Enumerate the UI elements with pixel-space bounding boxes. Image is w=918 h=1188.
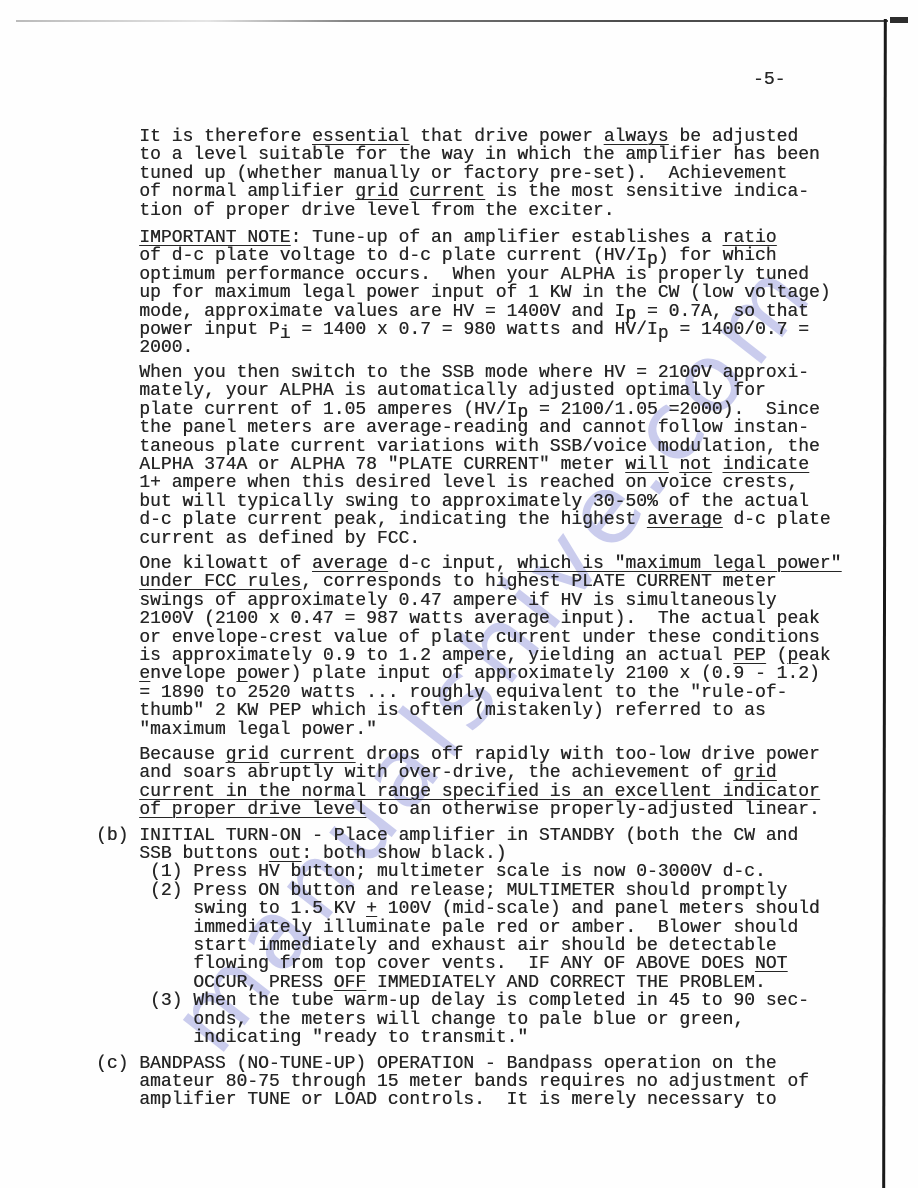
text-line: but will typically swing to approximatel… [96, 493, 841, 511]
text-line: power input Pi = 1400 x 0.7 = 980 watts … [96, 321, 841, 339]
text-line: amateur 80-75 through 15 meter bands req… [96, 1073, 841, 1091]
text-line: current as defined by FCC. [96, 530, 841, 548]
text-line: indicating "ready to transmit." [96, 1029, 841, 1047]
text-line: is approximately 0.9 to 1.2 ampere, yiel… [96, 647, 841, 665]
paragraph: When you then switch to the SSB mode whe… [96, 364, 841, 548]
text-line: = 1890 to 2520 watts ... roughly equival… [96, 684, 841, 702]
list-item: (2) Press ON button and release; MULTIME… [96, 882, 841, 992]
text-line: immediately illuminate pale red or amber… [96, 919, 841, 937]
text-line: to a level suitable for the way in which… [96, 146, 841, 164]
text-line: taneous plate current variations with SS… [96, 438, 841, 456]
text-line: Because grid current drops off rapidly w… [96, 746, 841, 764]
text-line: envelope power) plate input of approxima… [96, 665, 841, 683]
labeled-paragraph: (b) INITIAL TURN-ON - Place amplifier in… [96, 827, 841, 864]
text-line: (2) Press ON button and release; MULTIME… [96, 882, 841, 900]
text-line: OCCUR, PRESS OFF IMMEDIATELY AND CORRECT… [96, 974, 841, 992]
text-line: amplifier TUNE or LOAD controls. It is m… [96, 1091, 841, 1109]
text-line: flowing from top cover vents. IF ANY OF … [96, 955, 841, 973]
text-line: (c) BANDPASS (NO-TUNE-UP) OPERATION - Ba… [96, 1055, 841, 1073]
scan-artifact-corner-mark [890, 17, 908, 23]
text-line: plate current of 1.05 amperes (HV/Ip = 2… [96, 401, 841, 419]
text-line: "maximum legal power." [96, 721, 841, 739]
text-line: ALPHA 374A or ALPHA 78 "PLATE CURRENT" m… [96, 456, 841, 474]
paragraph: Because grid current drops off rapidly w… [96, 746, 841, 820]
text-line: of normal amplifier grid current is the … [96, 183, 841, 201]
page-number: -5- [753, 70, 785, 90]
list-item: (3) When the tube warm-up delay is compl… [96, 992, 841, 1047]
text-line: (1) Press HV button; multimeter scale is… [96, 863, 841, 881]
text-line: IMPORTANT NOTE: Tune-up of an amplifier … [96, 229, 841, 247]
text-line: (3) When the tube warm-up delay is compl… [96, 992, 841, 1010]
text-line: under FCC rules, corresponds to highest … [96, 573, 841, 591]
text-line: current in the normal range specified is… [96, 783, 841, 801]
text-line: mately, your ALPHA is automatically adju… [96, 382, 841, 400]
manual-page: manualshive.com -5- It is therefore esse… [0, 0, 918, 1188]
text-line: or envelope-crest value of plate current… [96, 629, 841, 647]
text-line: of d-c plate voltage to d-c plate curren… [96, 247, 841, 265]
paragraph: It is therefore essential that drive pow… [96, 128, 841, 220]
text-line: mode, approximate values are HV = 1400V … [96, 303, 841, 321]
scan-artifact-top-line [16, 20, 888, 22]
text-line: the panel meters are average-reading and… [96, 419, 841, 437]
text-line: swing to 1.5 KV + 100V (mid-scale) and p… [96, 900, 841, 918]
paragraph: IMPORTANT NOTE: Tune-up of an amplifier … [96, 229, 841, 358]
text-line: up for maximum legal power input of 1 KW… [96, 284, 841, 302]
text-line: tion of proper drive level from the exci… [96, 202, 841, 220]
text-line: One kilowatt of average d-c input, which… [96, 555, 841, 573]
text-line: thumb" 2 KW PEP which is often (mistaken… [96, 702, 841, 720]
paragraph: One kilowatt of average d-c input, which… [96, 555, 841, 739]
text-line: SSB buttons out: both show black.) [96, 845, 841, 863]
labeled-paragraph: (c) BANDPASS (NO-TUNE-UP) OPERATION - Ba… [96, 1055, 841, 1110]
text-line: of proper drive level to an otherwise pr… [96, 801, 841, 819]
text-line: tuned up (whether manually or factory pr… [96, 165, 841, 183]
text-line: start immediately and exhaust air should… [96, 937, 841, 955]
text-line: onds, the meters will change to pale blu… [96, 1011, 841, 1029]
text-line: swings of approximately 0.47 ampere if H… [96, 592, 841, 610]
text-line: d-c plate current peak, indicating the h… [96, 511, 841, 529]
text-line: 2100V (2100 x 0.47 = 987 watts average i… [96, 610, 841, 628]
text-line: When you then switch to the SSB mode whe… [96, 364, 841, 382]
list-item: (1) Press HV button; multimeter scale is… [96, 863, 841, 881]
text-line: 2000. [96, 339, 841, 357]
text-line: and soars abruptly with over-drive, the … [96, 764, 841, 782]
scan-artifact-right-edge [882, 19, 887, 1188]
text-line: It is therefore essential that drive pow… [96, 128, 841, 146]
text-line: optimum performance occurs. When your AL… [96, 266, 841, 284]
text-line: 1+ ampere when this desired level is rea… [96, 474, 841, 492]
document-body: It is therefore essential that drive pow… [96, 128, 841, 1110]
text-line: (b) INITIAL TURN-ON - Place amplifier in… [96, 827, 841, 845]
